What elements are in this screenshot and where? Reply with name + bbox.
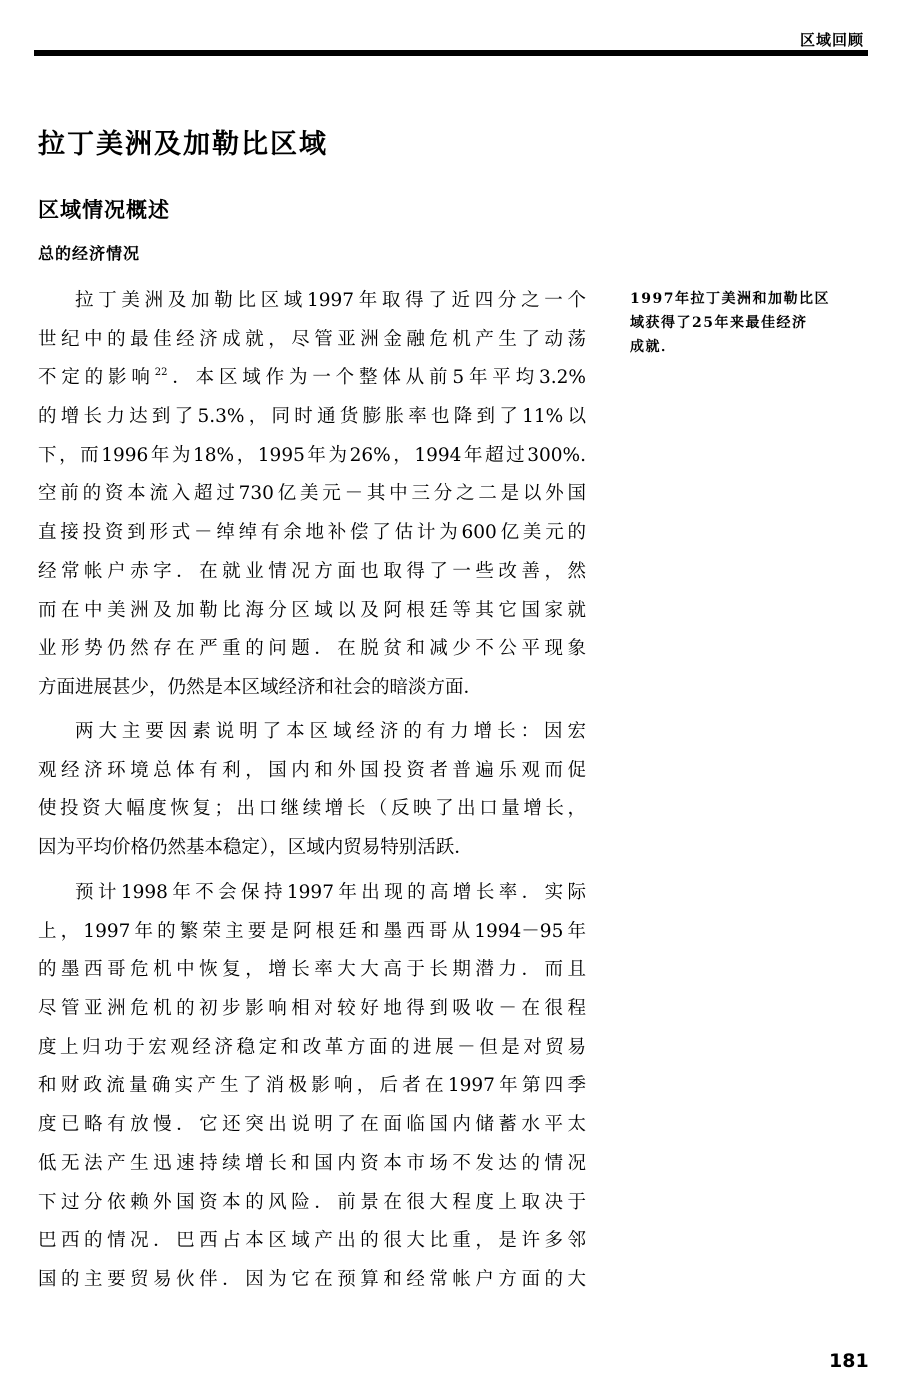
- text-line: 下，而1996年为18%，1995年为26%，1994年超过300%.: [38, 437, 586, 476]
- margin-note-line: 域获得了25年来最佳经济: [630, 311, 866, 335]
- margin-note-line: 成就．: [630, 335, 866, 359]
- paragraph-2: 两大主要因素说明了本区域经济的有力增长：因宏 观经济环境总体有利，国内和外国投资…: [38, 713, 586, 868]
- text-line: 使投资大幅度恢复；出口继续增长（反映了出口量增长，: [38, 790, 586, 829]
- page-number: 181: [829, 1350, 869, 1372]
- text-line: 方面进展甚少，仍然是本区域经济和社会的暗淡方面．: [38, 669, 586, 708]
- section-title: 区域情况概述: [38, 194, 170, 224]
- text-line-part: ．本区域作为一个整体从前5年平均3.2%: [167, 367, 586, 388]
- margin-note-line: 1997年拉丁美洲和加勒比区: [630, 287, 866, 311]
- text-line: 的墨西哥危机中恢复，增长率大大高于长期潜力．而且: [38, 951, 586, 990]
- text-line: 度已略有放慢．它还突出说明了在面临国内储蓄水平太: [38, 1106, 586, 1145]
- text-line: 因为平均价格仍然基本稳定），区域内贸易特别活跃．: [38, 829, 586, 868]
- text-line: 观经济环境总体有利，国内和外国投资者普遍乐观而促: [38, 752, 586, 791]
- text-line: 拉丁美洲及加勒比区域1997年取得了近四分之一个: [38, 282, 586, 321]
- text-line-part: 不定的影响: [38, 367, 155, 388]
- text-line: 业形势仍然存在严重的问题．在脱贫和减少不公平现象: [38, 630, 586, 669]
- text-line: 不定的影响22．本区域作为一个整体从前5年平均3.2%: [38, 359, 586, 398]
- text-line: 的增长力达到了5.3%，同时通货膨胀率也降到了11%以: [38, 398, 586, 437]
- text-line: 世纪中的最佳经济成就，尽管亚洲金融危机产生了动荡: [38, 321, 586, 360]
- text-line: 低无法产生迅速持续增长和国内资本市场不发达的情况: [38, 1145, 586, 1184]
- text-line: 国的主要贸易伙伴．因为它在预算和经常帐户方面的大: [38, 1261, 586, 1300]
- text-line: 预计1998年不会保持1997年出现的高增长率．实际: [38, 874, 586, 913]
- text-line: 两大主要因素说明了本区域经济的有力增长：因宏: [38, 713, 586, 752]
- text-line: 巴西的情况．巴西占本区域产出的很大比重，是许多邻: [38, 1222, 586, 1261]
- text-line: 度上归功于宏观经济稳定和改革方面的进展－但是对贸易: [38, 1029, 586, 1068]
- header-rule: [34, 50, 868, 56]
- subsection-title: 总的经济情况: [38, 241, 140, 264]
- chapter-title: 拉丁美洲及加勒比区域: [38, 122, 328, 161]
- text-line: 经常帐户赤字．在就业情况方面也取得了一些改善，然: [38, 553, 586, 592]
- footnote-reference[interactable]: 22: [155, 367, 168, 378]
- text-line: 而在中美洲及加勒比海分区域以及阿根廷等其它国家就: [38, 592, 586, 631]
- text-line: 尽管亚洲危机的初步影响相对较好地得到吸收－在很程: [38, 990, 586, 1029]
- text-line: 直接投资到形式－绰绰有余地补偿了估计为600亿美元的: [38, 514, 586, 553]
- running-head: 区域回顾: [800, 29, 864, 50]
- margin-note: 1997年拉丁美洲和加勒比区 域获得了25年来最佳经济 成就．: [630, 287, 866, 359]
- paragraph-3: 预计1998年不会保持1997年出现的高增长率．实际 上，1997年的繁荣主要是…: [38, 874, 586, 1300]
- text-line: 和财政流量确实产生了消极影响，后者在1997年第四季: [38, 1067, 586, 1106]
- text-line: 上，1997年的繁荣主要是阿根廷和墨西哥从1994－95年: [38, 913, 586, 952]
- paragraph-1: 拉丁美洲及加勒比区域1997年取得了近四分之一个 世纪中的最佳经济成就，尽管亚洲…: [38, 282, 586, 708]
- text-line: 空前的资本流入超过730亿美元－其中三分之二是以外国: [38, 475, 586, 514]
- text-line: 下过分依赖外国资本的风险．前景在很大程度上取决于: [38, 1184, 586, 1223]
